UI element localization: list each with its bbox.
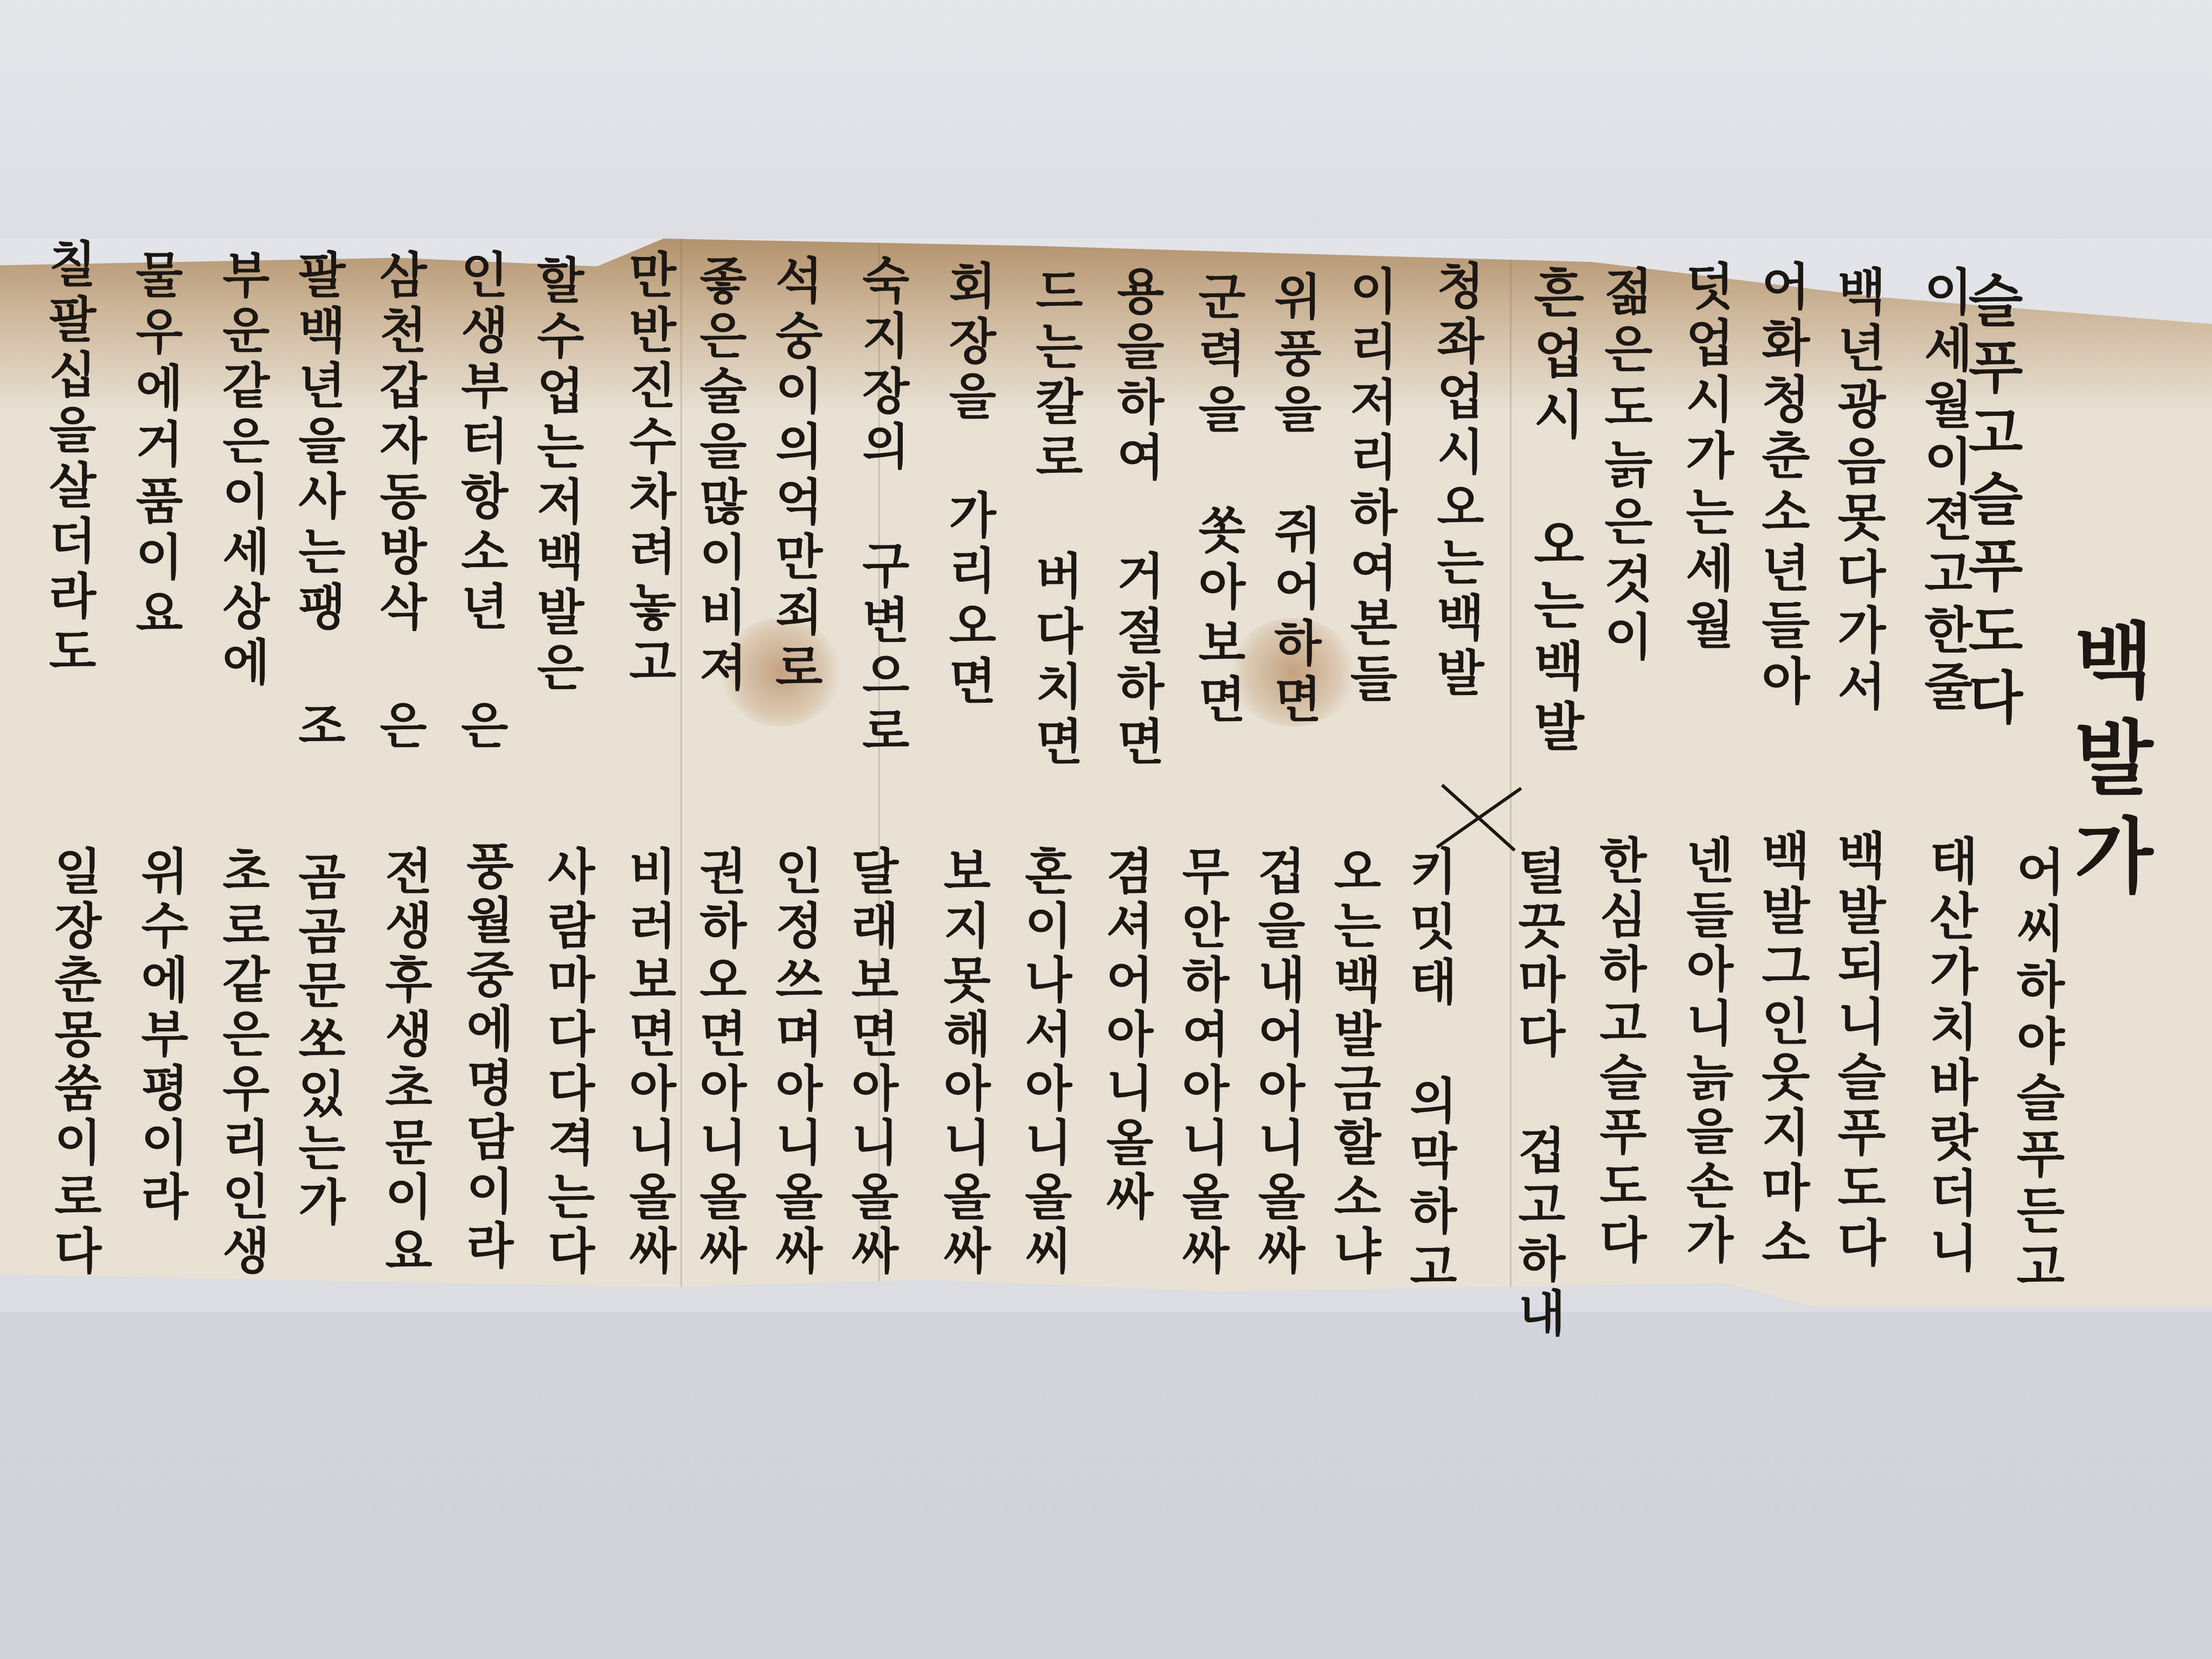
- text-column: 한심하고슬푸도다: [1594, 835, 1643, 1269]
- text-column: 이리저리하여본들: [1345, 266, 1393, 708]
- text-column: 인정쓰며아니올싸: [770, 846, 819, 1279]
- text-column: 좋은술을많이비져: [694, 255, 743, 697]
- text-column: 할수업는저백발은: [531, 255, 580, 697]
- document-title: 백발가: [2066, 618, 2147, 911]
- text-column: 백발되니슬푸도다: [1832, 829, 1882, 1272]
- text-column: 군력을 쏫아보면: [1193, 271, 1242, 730]
- text-column: 부운같은이세상에: [217, 249, 266, 692]
- text-column: 곰곰문쏘있는가: [293, 851, 342, 1231]
- text-column: 어화청춘소년들아: [1757, 260, 1806, 711]
- text-column: 혼이나서아니올씨: [1019, 846, 1068, 1279]
- backdrop-bottom: [0, 1312, 2212, 1659]
- text-column: 위수에부평이라: [136, 846, 184, 1225]
- text-column: 삼천갑자동방삭 은: [374, 249, 423, 755]
- text-column: 겁을내어아니올싸: [1252, 846, 1301, 1279]
- text-column: 넨들아니늙을손가: [1681, 835, 1729, 1269]
- text-column: 칠팔십을살더라도: [43, 239, 92, 681]
- text-column: 전생후생초문이요: [380, 846, 428, 1279]
- text-column: 젊은도늙은것이: [1599, 266, 1649, 668]
- text-column: 물우에거품이요: [130, 249, 179, 644]
- paper-fold: [680, 239, 682, 1307]
- backdrop-top: [0, 0, 2212, 239]
- text-column: 달래보면아니올싸: [846, 846, 895, 1279]
- text-column: 만반진수차려놓고: [623, 249, 672, 692]
- text-column: 석숭이의억만죄로: [770, 255, 819, 697]
- text-column: 비러보면아니올싸: [623, 846, 672, 1279]
- text-column: 겸셔어아니올싸: [1101, 846, 1149, 1225]
- text-column: 덧업시가는세월: [1681, 260, 1731, 655]
- text-column: 위풍을 쥐어하면: [1269, 271, 1317, 730]
- text-column: 청좌업시오는백발: [1431, 260, 1480, 703]
- text-column: 보지못해아니올싸: [938, 846, 987, 1279]
- text-column: 털끗마다 겁고하내: [1513, 846, 1561, 1342]
- text-column: 이세월이젼고한줄: [1919, 266, 1969, 717]
- text-column: 회장을 가리오면: [943, 260, 992, 711]
- text-column: 오는백발금할소냐: [1328, 846, 1377, 1279]
- text-column: 어씨하야슬푸든고: [2011, 846, 2061, 1297]
- text-column: 태산가치바랏더니: [1925, 835, 1975, 1277]
- text-column: 무안하여아니올싸: [1176, 846, 1225, 1279]
- text-column: 인생부터항소년 은: [455, 249, 504, 755]
- text-column: 권하오면아니올싸: [694, 846, 743, 1279]
- text-column: 초로같은우리인생: [217, 846, 266, 1279]
- text-column: 숙지장의 구변으로: [857, 255, 905, 761]
- text-column: 풍월중에명담이라: [461, 840, 510, 1274]
- text-column: 백발그인웃지마소: [1757, 829, 1806, 1272]
- text-column: 사람마다다격는다: [542, 846, 591, 1279]
- text-column: 팔백년을사는팽 조: [293, 249, 342, 755]
- text-column: 용을하여 거절하면: [1111, 266, 1160, 771]
- text-column: 드는칼로 버다치면: [1030, 266, 1079, 771]
- text-column: 백년광음못다가서: [1832, 266, 1882, 717]
- text-column: 흔업시 오는백발: [1529, 266, 1581, 760]
- text-column: 일장춘몽쑴이로다: [49, 846, 98, 1279]
- text-column: 키밋태 의막하고: [1404, 846, 1453, 1296]
